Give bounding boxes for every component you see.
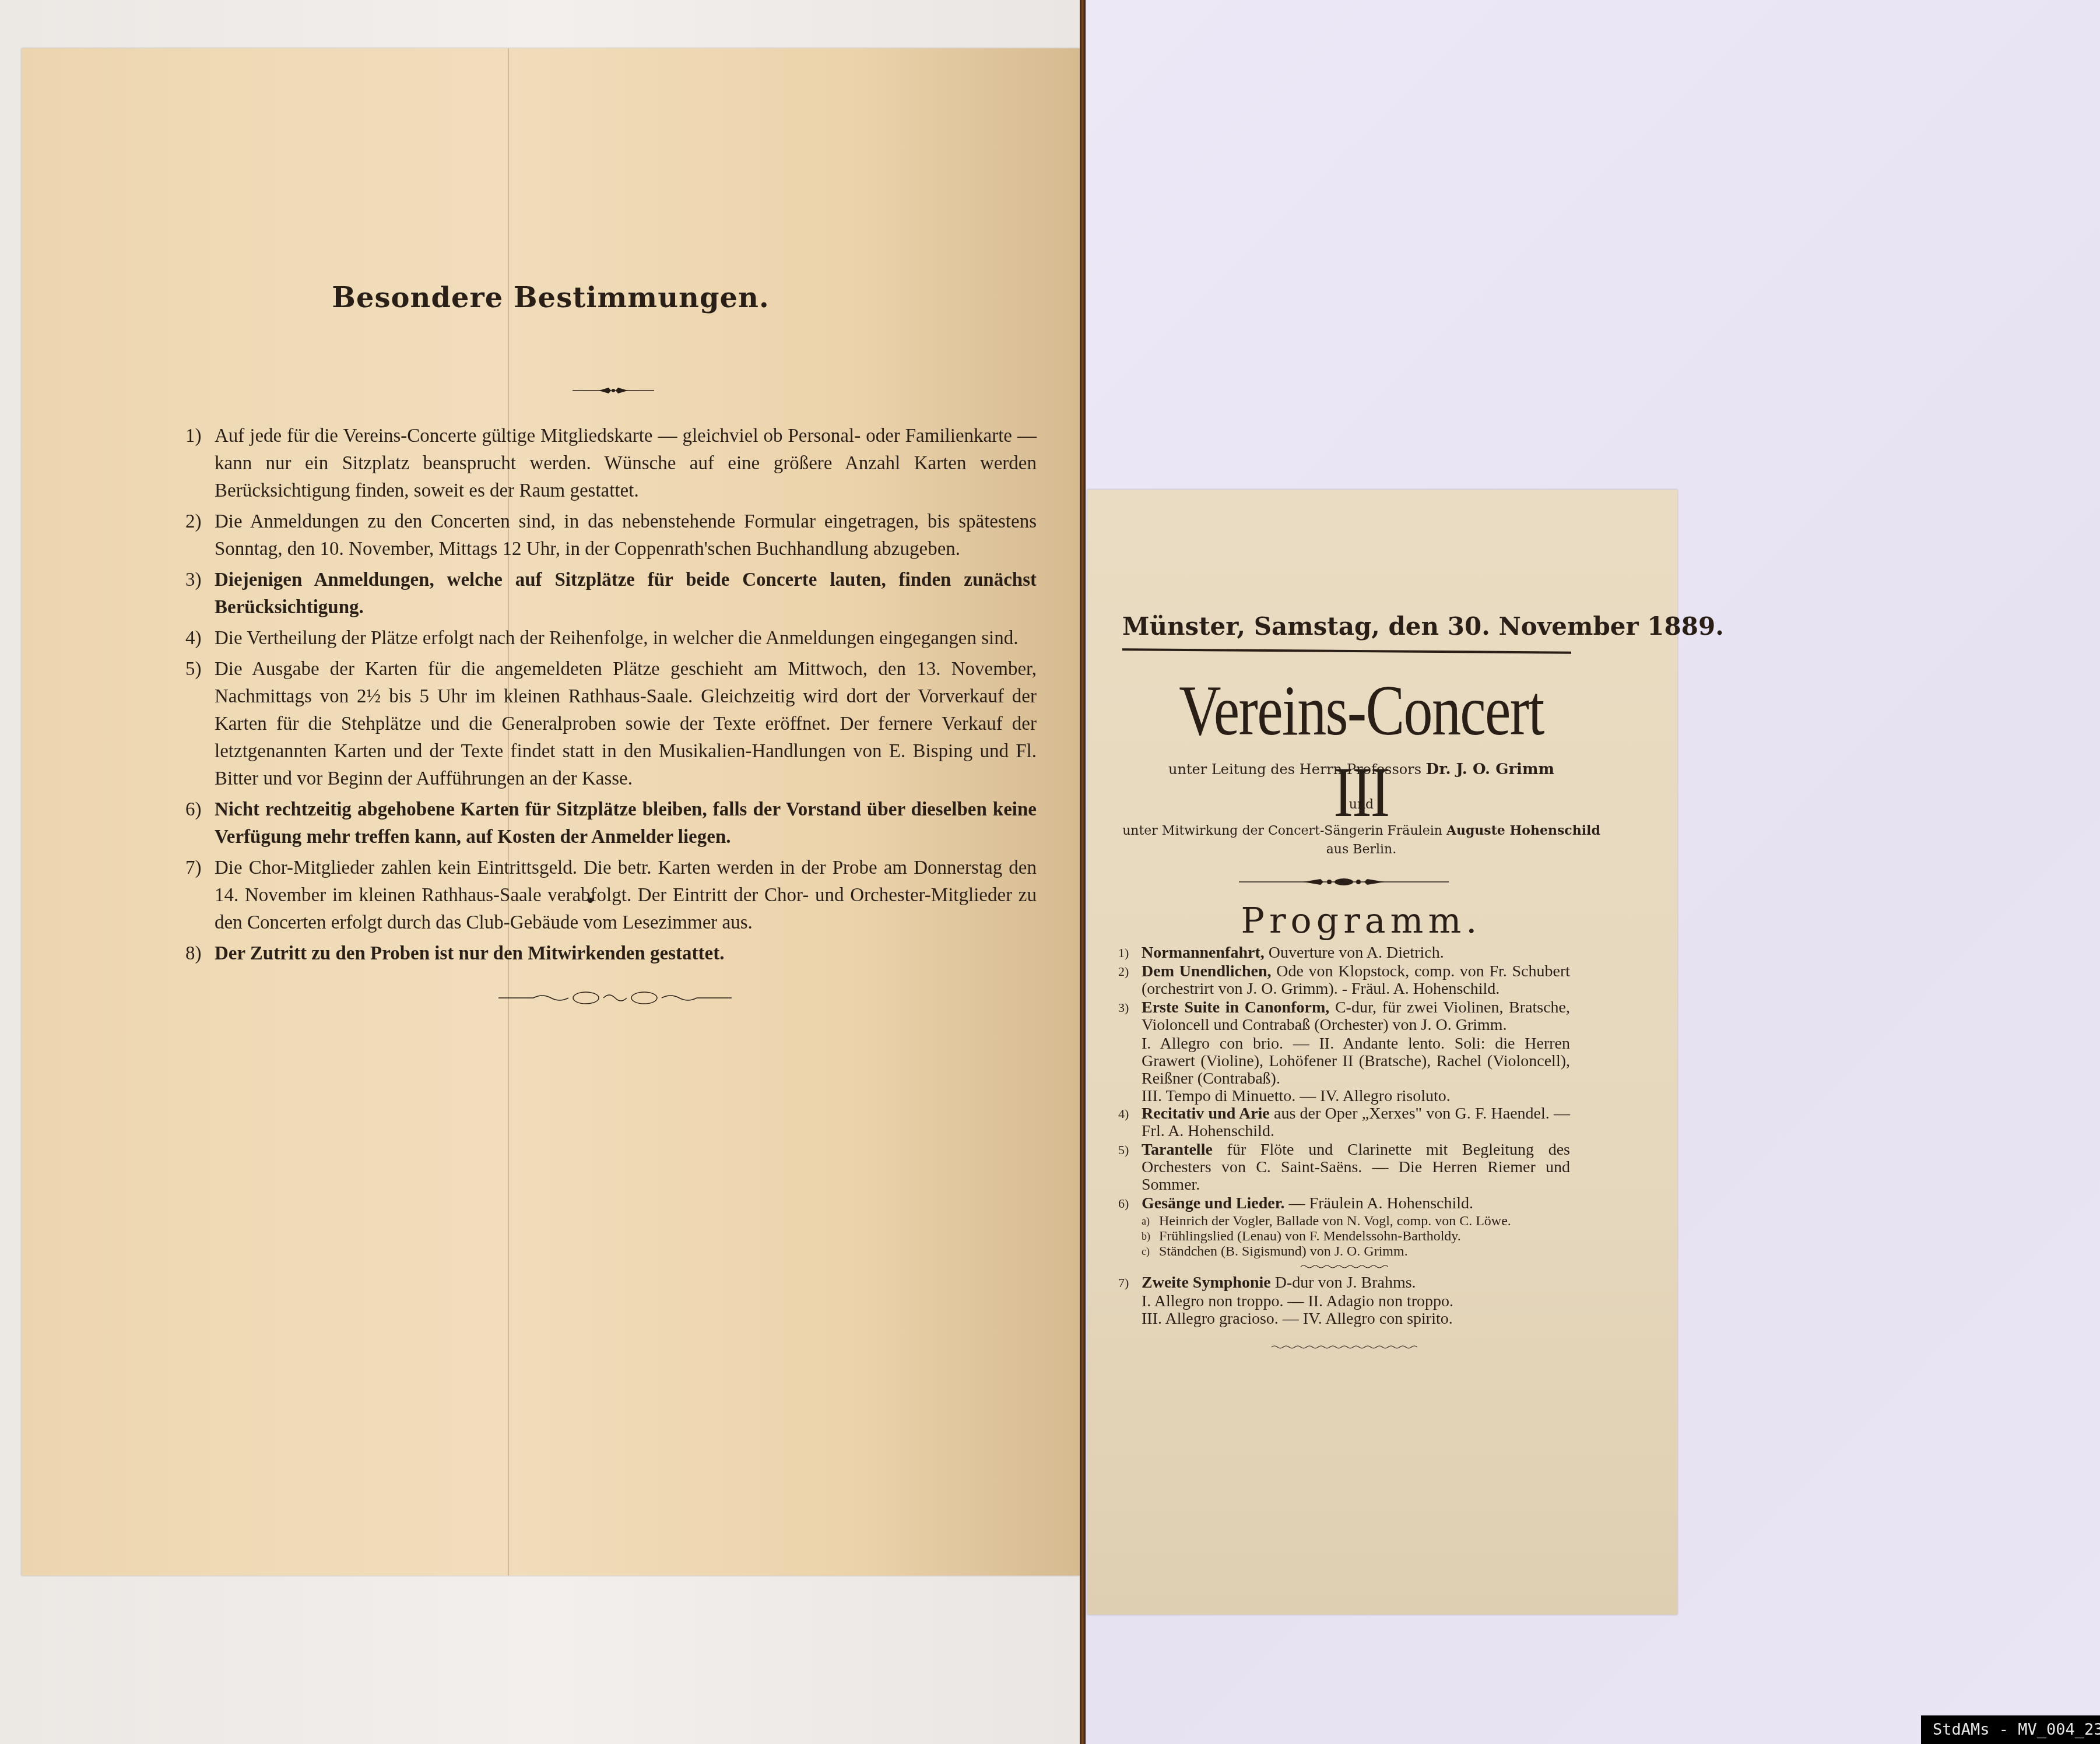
- ornament-divider-icon: [1239, 877, 1449, 887]
- song-item: b)Frühlingslied (Lenau) von F. Mendelsso…: [1118, 1229, 1570, 1244]
- program-heading: Programm.: [1122, 901, 1600, 941]
- binding-gutter: [1080, 0, 1086, 1744]
- and-line: und: [1122, 797, 1600, 812]
- soloist-origin: aus Berlin.: [1122, 842, 1600, 857]
- program-item: 4) Recitativ und Arie aus der Oper „Xerx…: [1118, 1105, 1570, 1140]
- rule-item: 8)Der Zutritt zu den Proben ist nur den …: [185, 940, 1037, 968]
- rule-item: 3)Diejenigen Anmeldungen, welche auf Sit…: [185, 567, 1037, 621]
- program-item: 3) Erste Suite in Canonform, C-dur, für …: [1118, 999, 1570, 1034]
- rule-item: 1)Auf jede für die Vereins-Concerte gült…: [185, 423, 1037, 505]
- conductor-name: Dr. J. O. Grimm: [1426, 761, 1554, 778]
- floral-ornament-icon: [498, 991, 732, 1005]
- program-item: 2) Dem Unendlichen, Ode von Klopstock, c…: [1118, 963, 1570, 998]
- wavy-divider-icon: [1301, 1264, 1388, 1270]
- archive-stamp: StdAMs - MV_004_237: [1921, 1715, 2100, 1744]
- program-item: 1) Normannenfahrt, Ouverture von A. Diet…: [1118, 944, 1570, 962]
- rule-item: 7)Die Chor-Mitglieder zahlen kein Eintri…: [185, 855, 1037, 937]
- conductor-line: unter Leitung des Herrn Professors Dr. J…: [1122, 761, 1600, 778]
- rule-item: 2)Die Anmeldungen zu den Concerten sind,…: [185, 508, 1037, 563]
- ornament-divider-icon: [573, 386, 654, 395]
- wavy-divider-icon: [1272, 1344, 1417, 1350]
- program-item: 6) Gesänge und Lieder. — Fräulein A. Hoh…: [1118, 1195, 1570, 1212]
- program-list: 1) Normannenfahrt, Ouverture von A. Diet…: [1118, 944, 1570, 1355]
- rule-item: 4)Die Vertheilung der Plätze erfolgt nac…: [185, 625, 1037, 652]
- song-item: c)Ständchen (B. Sigismund) von J. O. Gri…: [1118, 1244, 1570, 1259]
- song-item: a)Heinrich der Vogler, Ballade von N. Vo…: [1118, 1214, 1570, 1229]
- rule-item: 5)Die Ausgabe der Karten für die angemel…: [185, 656, 1037, 793]
- rule-item: 6)Nicht rechtzeitig abgehobene Karten fü…: [185, 796, 1037, 851]
- movement-line: III. Allegro gracioso. — IV. Allegro con…: [1118, 1310, 1570, 1328]
- rules-list: 1)Auf jede für die Vereins-Concerte gült…: [185, 423, 1037, 971]
- movement-line: III. Tempo di Minuetto. — IV. Allegro ri…: [1118, 1088, 1570, 1105]
- soloist-line: unter Mitwirkung der Concert-Sängerin Fr…: [1122, 823, 1600, 838]
- soloist-name: Auguste Hohenschild: [1446, 823, 1600, 838]
- movement-line: I. Allegro con brio. — II. Andante lento…: [1118, 1035, 1570, 1088]
- movement-line: I. Allegro non troppo. — II. Adagio non …: [1118, 1293, 1570, 1310]
- page-title: Besondere Bestimmungen.: [22, 282, 1080, 314]
- program-item: 5) Tarantelle für Flöte und Clarinette m…: [1118, 1141, 1570, 1194]
- program-item: 7) Zweite Symphonie D-dur von J. Brahms.: [1118, 1274, 1570, 1292]
- ink-dot: [588, 898, 593, 903]
- date-line: Münster, Samstag, den 30. November 1889.: [1122, 612, 1600, 641]
